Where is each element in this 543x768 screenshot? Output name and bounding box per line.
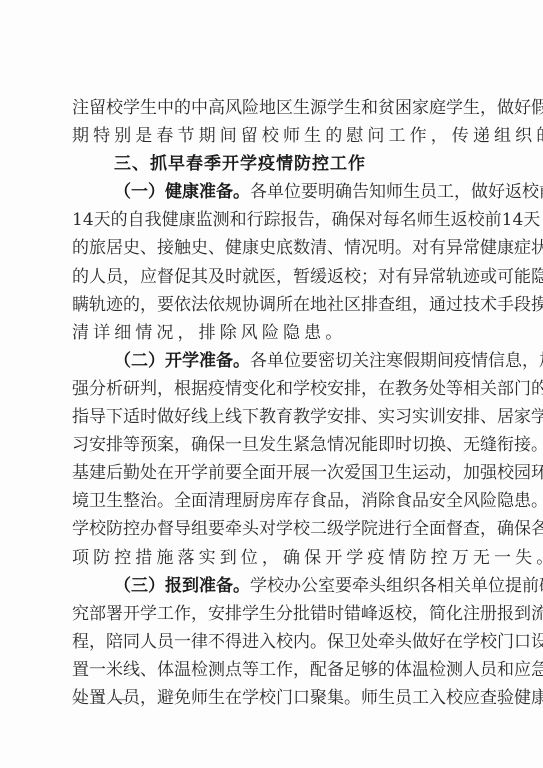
text-line: （三）报到准备。学校办公室要牵头组织各相关单位提前研 xyxy=(72,572,474,600)
text-line: （二）开学准备。各单位要密切关注寒假期间疫情信息，加 xyxy=(72,347,474,375)
text-line: 14天的自我健康监测和行踪报告，确保对每名师生返校前14天 xyxy=(72,206,474,234)
paragraph-lead: （三）报到准备。 xyxy=(114,572,250,600)
text-line: 境卫生整治。全面清理厨房库存食品，消除食品安全风险隐患。 xyxy=(72,487,474,515)
document-page: 注留校学生中的中高风险地区生源学生和贫困家庭学生，做好假期特别是春节期间留校师生… xyxy=(0,0,543,768)
text-line: 置一米线、体温检测点等工作，配备足够的体温检测人员和应急 xyxy=(72,656,474,684)
text-line: 究部署开学工作，安排学生分批错时错峰返校，简化注册报到流 xyxy=(72,600,474,628)
text-line: 强分析研判，根据疫情变化和学校安排，在教务处等相关部门的 xyxy=(72,375,474,403)
text-line: 基建后勤处在开学前要全面开展一次爱国卫生运动，加强校园环 xyxy=(72,459,474,487)
text-line: 指导下适时做好线上线下教育教学安排、实习实训安排、居家学 xyxy=(72,403,474,431)
text-line: 处置人员，避免师生在学校门口聚集。师生员工入校应查验健康 xyxy=(72,684,474,712)
text-line: 瞒轨迹的，要依法依规协调所在地社区排查组，通过技术手段摸 xyxy=(72,291,474,319)
paragraph-lead: （二）开学准备。 xyxy=(114,347,250,375)
text-line: （一）健康准备。各单位要明确告知师生员工，做好返校前 xyxy=(72,178,474,206)
text-line: 学校防控办督导组要牵头对学校二级学院进行全面督查，确保各 xyxy=(72,515,474,543)
text-line: 习安排等预案，确保一旦发生紧急情况能即时切换、无缝衔接。 xyxy=(72,431,474,459)
text-line: 清详细情况，排除风险隐患。 xyxy=(72,319,474,347)
text-line: 项防控措施落实到位，确保开学疫情防控万无一失。 xyxy=(72,544,474,572)
paragraph-lead: （一）健康准备。 xyxy=(114,178,250,206)
text-line: 的人员，应督促其及时就医，暂缓返校；对有异常轨迹或可能隐 xyxy=(72,263,474,291)
text-line: 注留校学生中的中高风险地区生源学生和贫困家庭学生，做好假 xyxy=(72,94,474,122)
text-line: 程，陪同人员一律不得进入校内。保卫处牵头做好在学校门口设 xyxy=(72,628,474,656)
text-line: 的旅居史、接触史、健康史底数清、情况明。对有异常健康症状 xyxy=(72,234,474,262)
page-number: — 5 — xyxy=(73,692,130,708)
document-body: 注留校学生中的中高风险地区生源学生和贫困家庭学生，做好假期特别是春节期间留校师生… xyxy=(72,94,474,712)
section-heading: 三、抓早春季开学疫情防控工作 xyxy=(72,150,474,178)
text-line: 期特别是春节期间留校师生的慰问工作，传递组织的温暖。 xyxy=(72,122,474,150)
